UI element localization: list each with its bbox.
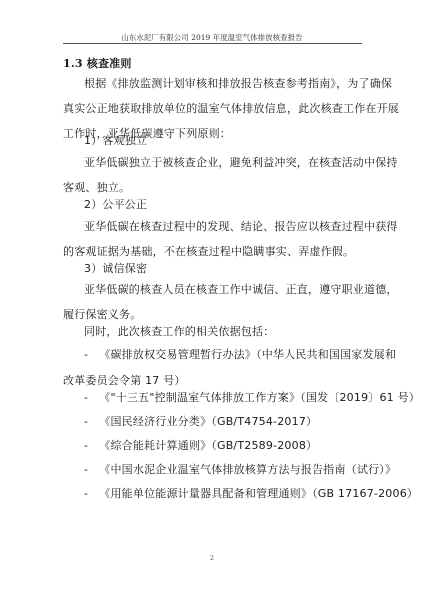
page-number: 2 <box>0 554 424 562</box>
basis-item-text: 《国民经济行业分类》（GB/T4754-2017） <box>99 415 317 428</box>
bullet-dash: - <box>84 391 88 404</box>
running-header: 山东水泥厂有限公司 2019 年度温室气体排放核查报告 <box>0 32 424 43</box>
principle-3-line-2: 履行保密义务。 <box>63 309 141 321</box>
principle-2-line-1: 亚华低碳在核查过程中的发现、结论、报告应以核查过程中获得 <box>84 221 398 233</box>
basis-item-text: 《用能单位能源计量器具配备和管理通则》（GB 17167-2006） <box>99 487 418 500</box>
basis-item-5: - 《中国水泥企业温室气体排放核算方法与报告指南（试行）》 <box>84 464 396 476</box>
basis-item-text: 《碳排放权交易管理暂行办法》（中华人民共和国国家发展和 <box>99 348 396 361</box>
header-divider <box>63 43 362 44</box>
bullet-dash: - <box>84 348 88 361</box>
principle-heading-3: 3）诚信保密 <box>84 263 147 275</box>
principle-3-line-1: 亚华低碳的核查人员在核查工作中诚信、正直，遵守职业道德， <box>84 284 398 296</box>
basis-item-4: - 《综合能耗计算通则》（GB/T2589-2008） <box>84 440 317 452</box>
basis-intro: 同时，此次核查工作的相关依据包括： <box>84 326 274 338</box>
principle-2-line-2: 的客观证据为基础，不在核查过程中隐瞒事实、弄虚作假。 <box>63 246 354 258</box>
basis-item-text: 《"十三五"控制温室气体排放工作方案》（国发〔2019〕61 号） <box>99 391 420 404</box>
section-number: 1.3 <box>63 57 83 70</box>
basis-item-6: - 《用能单位能源计量器具配备和管理通则》（GB 17167-2006） <box>84 488 418 500</box>
intro-line-2: 真实公正地获取排放单位的温室气体排放信息，此次核查工作在开展 <box>63 103 399 115</box>
basis-item-3: - 《国民经济行业分类》（GB/T4754-2017） <box>84 416 317 428</box>
principle-heading-2: 2）公平公正 <box>84 199 147 211</box>
principle-1-line-2: 客观、独立。 <box>63 182 130 194</box>
basis-item-1: - 《碳排放权交易管理暂行办法》（中华人民共和国国家发展和 <box>84 349 396 361</box>
section-title: 核查准则 <box>87 57 132 70</box>
section-heading: 1.3 核查准则 <box>63 58 132 70</box>
basis-item-text: 《综合能耗计算通则》（GB/T2589-2008） <box>99 439 317 452</box>
principle-1-line-1: 亚华低碳独立于被核查企业，避免利益冲突，在核查活动中保持 <box>84 157 398 169</box>
basis-item-text: 《中国水泥企业温室气体排放核算方法与报告指南（试行）》 <box>99 463 396 476</box>
bullet-dash: - <box>84 487 88 500</box>
bullet-dash: - <box>84 463 88 476</box>
bullet-dash: - <box>84 439 88 452</box>
basis-item-1-continuation: 改革委员会令第 17 号） <box>63 375 186 387</box>
intro-line-1: 根据《排放监测计划审核和排放报告核查参考指南》，为了确保 <box>84 78 392 90</box>
principle-heading-1: 1）客观独立 <box>84 135 147 147</box>
bullet-dash: - <box>84 415 88 428</box>
basis-item-2: - 《"十三五"控制温室气体排放工作方案》（国发〔2019〕61 号） <box>84 392 420 404</box>
